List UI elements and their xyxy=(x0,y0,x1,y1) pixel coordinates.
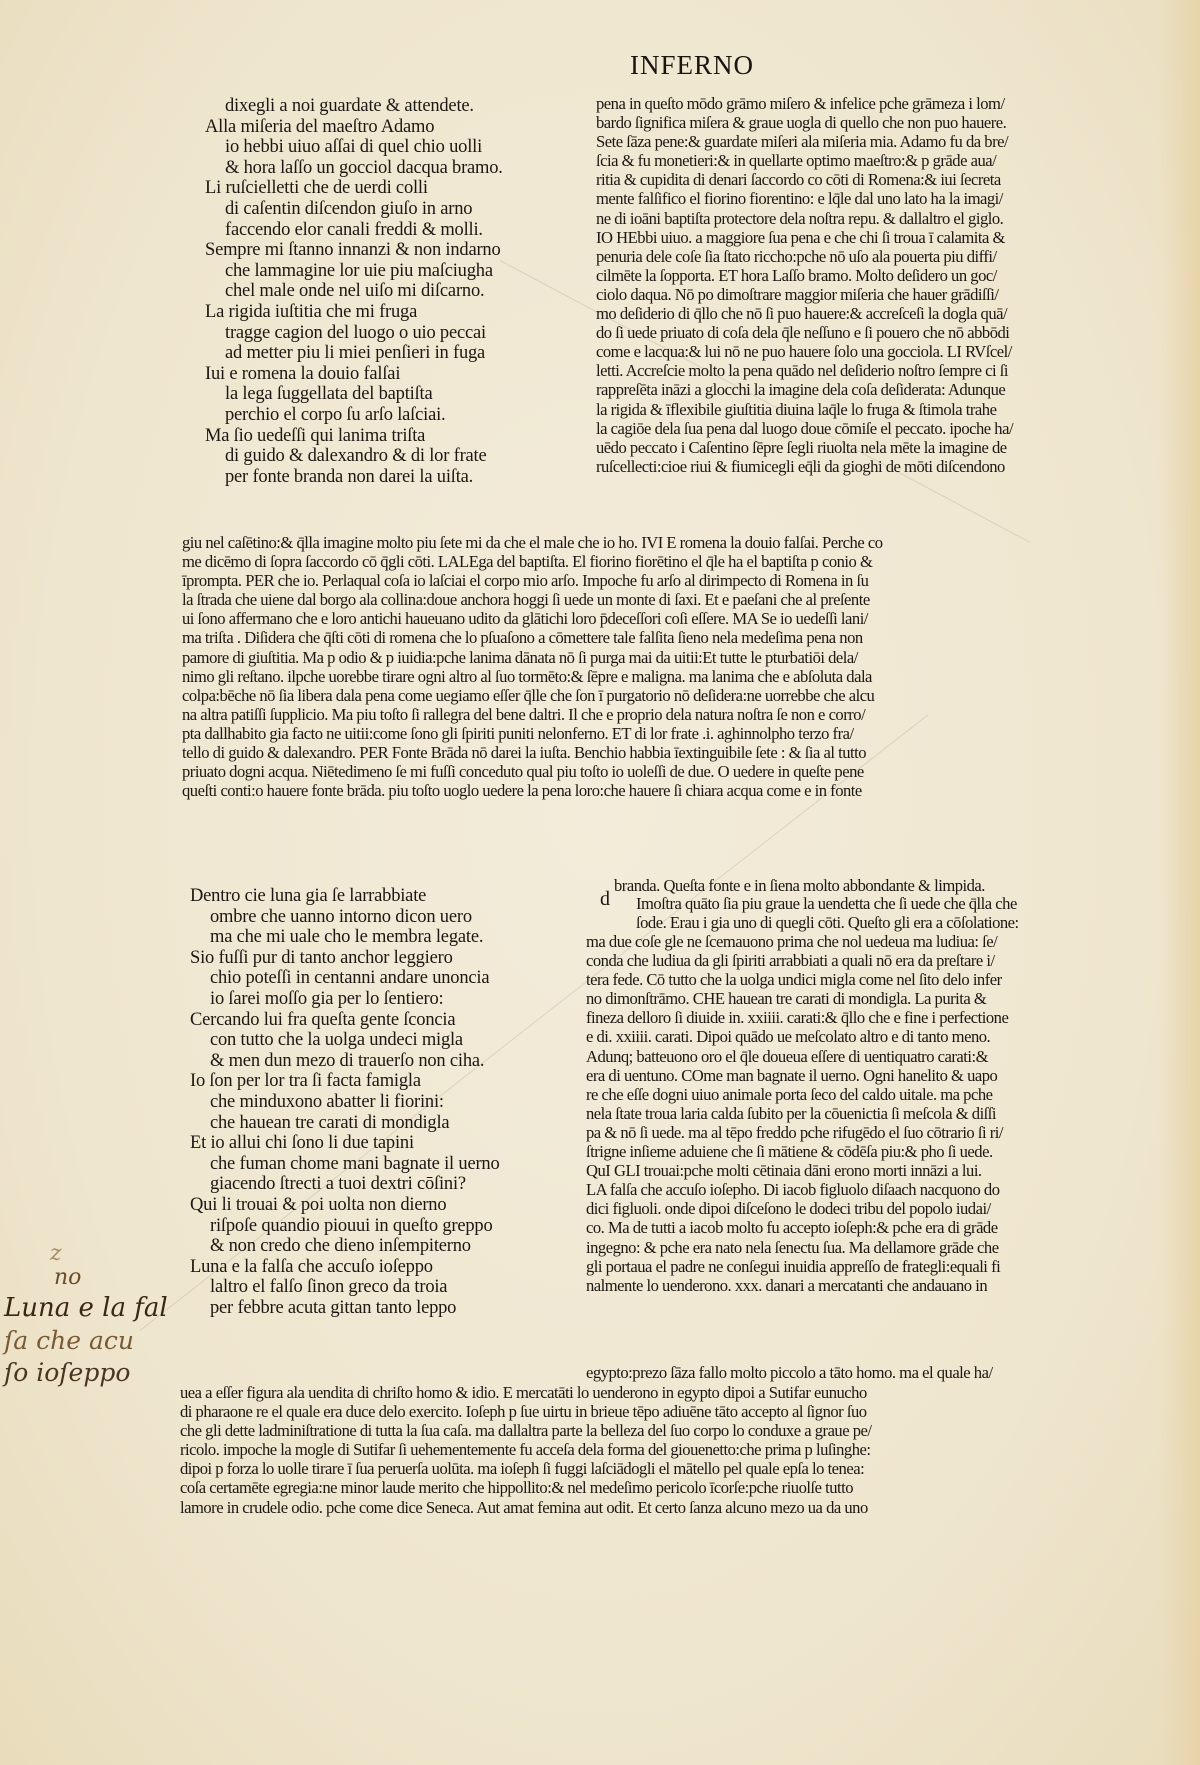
commentary-line: giu nel caſētino:& q̄lla imagine molto p… xyxy=(182,533,1162,552)
verse-line: Cercando lui fra queſta gente ſconcia xyxy=(190,1010,500,1031)
verse-line: che hauean tre carati di mondigla xyxy=(190,1113,500,1134)
commentary-line: egypto:prezo ſāza fallo molto piccolo a … xyxy=(586,1363,993,1382)
commentary-line: nela ſtate troua laria calda ſubito per … xyxy=(586,1104,1156,1123)
verse-line: chio poteſſi in centanni andare unoncia xyxy=(190,968,500,989)
verse-line: tragge cagion del luogo o uio peccai xyxy=(205,323,503,344)
commentary-line: queſti conti:o hauere fonte brāda. piu t… xyxy=(182,781,1162,800)
commentary-line: co. Ma de tutti a iacob molto fu accepto… xyxy=(586,1218,1156,1237)
commentary-line: bardo ſignifica miſera & graue uogla di … xyxy=(596,113,1156,132)
verse-line: Iui e romena la douio falſai xyxy=(205,364,503,385)
commentary-line: ſtrigne inſieme aduiene che ſi mātiene &… xyxy=(586,1142,1156,1161)
commentary-full-1-tail: branda. Queſta fonte e in ſiena molto ab… xyxy=(614,876,985,895)
commentary-line: gli portaua el padre ne conſegui inuidia… xyxy=(586,1257,1156,1276)
verse-line: faccendo elor canali freddi & molli. xyxy=(205,220,503,241)
commentary-line: fineza delloro ſi diuide in. xxiiii. car… xyxy=(586,1008,1156,1027)
verse-line: Dentro cie luna gia ſe larrabbiate xyxy=(190,886,500,907)
commentary-line: ui ſono affermano che e loro antichi hau… xyxy=(182,609,1162,628)
verse-line: riſpoſe quandio piouui in queſto greppo xyxy=(190,1216,500,1237)
verse-line: ad metter piu li miei penſieri in fuga xyxy=(205,343,503,364)
verse-line: Et io allui chi ſono li due tapini xyxy=(190,1133,500,1154)
verse-line: Ma ſio uedeſſi qui lanima triſta xyxy=(205,426,503,447)
commentary-line: pta dallhabito gia facto ne uitii:come ſ… xyxy=(182,724,1162,743)
commentary-line: come e lacqua:& lui nō ne puo hauere ſol… xyxy=(596,342,1156,361)
verse-line: laltro el falſo ſinon greco da troia xyxy=(190,1277,500,1298)
commentary-line: che gli dette ladminiſtratione di tutta … xyxy=(180,1421,1160,1440)
verse-line: io hebbi uiuo aſſai di quel chio uolli xyxy=(205,137,503,158)
commentary-line: mo deſiderio di q̄llo che nō ſi puo haue… xyxy=(596,304,1156,323)
commentary-line: na altra patiſſi ſupplicio. Ma piu toſto… xyxy=(182,705,1162,724)
commentary-line: ritia & cupidita di denari ſaccordo co c… xyxy=(596,170,1156,189)
verse-line: per fonte branda non darei la uiſta. xyxy=(205,467,503,488)
commentary-line: ma triſta . Diſidera che q̄ſti cōti di r… xyxy=(182,628,1162,647)
commentary-line: di pharaone re el quale era duce delo ex… xyxy=(180,1402,1160,1421)
verse-line: con tutto che la uolga undeci migla xyxy=(190,1030,500,1051)
marginal-line: Luna e la fal xyxy=(4,1291,168,1325)
verse-line: La rigida iuſtitia che mi fruga xyxy=(205,302,503,323)
commentary-line: la cagiōe dela ſua pena dal luogo doue c… xyxy=(596,419,1156,438)
commentary-line: penuria dele coſe ſia ſtato riccho:pche … xyxy=(596,247,1156,266)
commentary-line: colpa:bēche nō ſia libera dala pena come… xyxy=(182,686,1162,705)
commentary-line: nimo gli reſtano. ilpche uorebbe tirare … xyxy=(182,667,1162,686)
commentary-line: ne di ioāni baptiſta protectore dela noſ… xyxy=(596,209,1156,228)
verse-line: Qui li trouai & poi uolta non dierno xyxy=(190,1195,500,1216)
commentary-line: ſcia & fu monetieri:& in quellarte optim… xyxy=(596,151,1156,170)
commentary-line: IO HEbbi uiuo. a maggiore ſua pena e che… xyxy=(596,228,1156,247)
verse-line: Io ſon per lor tra ſi facta famigla xyxy=(190,1071,500,1092)
verse-block-1: dixegli a noi guardate & attendete.Alla … xyxy=(205,96,503,487)
verse-line: Sio fuſſi pur di tanto anchor leggiero xyxy=(190,948,500,969)
verse-line: Luna e la falſa che accuſo ioſeppo xyxy=(190,1257,500,1278)
commentary-line: ſode. Erau i gia uno di quegli cōti. Que… xyxy=(636,913,1019,932)
commentary-line: do ſi uede priuato di coſa dela q̄le neſ… xyxy=(596,323,1156,342)
verse-line: & hora laſſo un gocciol dacqua bramo. xyxy=(205,158,503,179)
commentary-line: ingegno: & pche era nato nela ſenectu ſu… xyxy=(586,1238,1156,1257)
commentary-line: nalmente lo uenderono. xxx. danari a mer… xyxy=(586,1276,1156,1295)
commentary-full-1: giu nel caſētino:& q̄lla imagine molto p… xyxy=(182,533,1162,800)
commentary-line: ma due coſe gle ne ſcemauono prima che n… xyxy=(586,932,1156,951)
commentary-line: QuI GLI trouai:pche molti cētinaia dāni … xyxy=(586,1161,1156,1180)
verse-line: & non credo che dieno inſempiterno xyxy=(190,1236,500,1257)
commentary-line: lamore in crudele odio. pche come dice S… xyxy=(180,1498,1160,1517)
commentary-line: ciolo daqua. Nō po dimoſtrare maggior mi… xyxy=(596,285,1156,304)
verse-line: che fuman chome mani bagnate il uerno xyxy=(190,1154,500,1175)
commentary-line: letti. Accreſcie molto la pena quādo nel… xyxy=(596,361,1156,380)
verse-line: che lammagine lor uie piu maſciugha xyxy=(205,261,503,282)
verse-line: la lega ſuggellata del baptiſta xyxy=(205,384,503,405)
commentary-line: uēdo peccato i Caſentino ſēpre ſegli riu… xyxy=(596,438,1156,457)
page-edge-shadow xyxy=(1160,0,1200,1765)
verse-line: di guido & dalexandro & di lor frate xyxy=(205,446,503,467)
commentary-line: īprompta. PER che io. Perlaqual coſa io … xyxy=(182,571,1162,590)
verse-line: & men dun mezo di trauerſo non ciha. xyxy=(190,1051,500,1072)
initial-letter: d xyxy=(600,888,610,911)
verse-line: che minduxono abatter li fiorini: xyxy=(190,1092,500,1113)
commentary-line: re che eſſe dogni uiuo animale porta ſec… xyxy=(586,1085,1156,1104)
commentary-line: tello di guido & dalexandro. PER Fonte B… xyxy=(182,743,1162,762)
commentary-right-2-first: Imoſtra quāto ſia piu graue la uendetta … xyxy=(636,894,1019,932)
commentary-line: pa & nō ſi uede. ma al tēpo freddo pche … xyxy=(586,1123,1156,1142)
commentary-line: pamore di giuſtitia. Ma p odio & p iuidi… xyxy=(182,648,1162,667)
verse-line: chel male onde nel uiſo mi diſcarno. xyxy=(205,281,503,302)
verse-line: io ſarei moſſo gia per lo ſentiero: xyxy=(190,989,500,1010)
commentary-line: cilmēte la ſopporta. ET hora Laſſo bramo… xyxy=(596,266,1156,285)
verse-line: Li ruſcielletti che de uerdi colli xyxy=(205,178,503,199)
marginal-line: no xyxy=(4,1265,168,1291)
commentary-line: la ſtrada che uiene dal borgo ala collin… xyxy=(182,590,1162,609)
verse-line: ma che mi uale cho le membra legate. xyxy=(190,927,500,948)
handwritten-marginalia: z no Luna e la fal ſa che acu ſo ioſeppo xyxy=(4,1243,168,1389)
marginal-line: ſa che acu xyxy=(4,1325,168,1357)
commentary-full-2: uea a eſſer figura ala uendita di chriſt… xyxy=(180,1383,1160,1517)
running-head: INFERNO xyxy=(630,50,754,81)
verse-line: ombre che uanno intorno dicon uero xyxy=(190,907,500,928)
commentary-line: priuato dogni acqua. Niētedimeno ſe mi f… xyxy=(182,762,1162,781)
commentary-line: dipoi p forza lo uolle tirare ī ſua peru… xyxy=(180,1459,1160,1478)
commentary-line: ricolo. impoche la mogle di Sutifar ſi u… xyxy=(180,1440,1160,1459)
commentary-right-2: ma due coſe gle ne ſcemauono prima che n… xyxy=(586,932,1156,1295)
commentary-line: Imoſtra quāto ſia piu graue la uendetta … xyxy=(636,894,1019,913)
commentary-right-1: pena in queſto mōdo grāmo miſero & infel… xyxy=(596,94,1156,476)
commentary-line: e di. xxiiii. carati. Dipoi quādo ue meſ… xyxy=(586,1027,1156,1046)
commentary-line: me dicēmo di ſopra ſaccordo cō q̄gli cōt… xyxy=(182,552,1162,571)
commentary-line: pena in queſto mōdo grāmo miſero & infel… xyxy=(596,94,1156,113)
commentary-line: mente falſifico el fiorino fiorentino: e… xyxy=(596,189,1156,208)
commentary-line: uea a eſſer figura ala uendita di chriſt… xyxy=(180,1383,1160,1402)
marginal-mark: z xyxy=(4,1243,168,1265)
verse-line: dixegli a noi guardate & attendete. xyxy=(205,96,503,117)
commentary-line: conda che ludiua da gli ſpiriti arrabbia… xyxy=(586,951,1156,970)
verse-line: giacendo ſtrecti a tuoi dextri cōſini? xyxy=(190,1174,500,1195)
commentary-line: tera fede. Cō tutto che la uolga undici … xyxy=(586,970,1156,989)
verse-block-2: Dentro cie luna gia ſe larrabbiateombre … xyxy=(190,886,500,1318)
commentary-line: branda. Queſta fonte e in ſiena molto ab… xyxy=(614,876,985,895)
commentary-right-2-tail: egypto:prezo ſāza fallo molto piccolo a … xyxy=(586,1363,993,1382)
commentary-line: Adunq; batteuono oro el q̄le doueua eſſe… xyxy=(586,1047,1156,1066)
commentary-line: la rigida & īflexibile giuſtitia diuina … xyxy=(596,400,1156,419)
commentary-line: no dimonſtrāmo. CHE hauean tre carati di… xyxy=(586,989,1156,1008)
commentary-line: ruſcellecti:cioe riui & fiumicegli eq̄li… xyxy=(596,457,1156,476)
book-page: INFERNO dixegli a noi guardate & attende… xyxy=(0,0,1200,1765)
commentary-line: dici figluoli. onde dipoi diſceſono le d… xyxy=(586,1199,1156,1218)
commentary-line: Sete ſāza pene:& guardate miſeri ala miſ… xyxy=(596,132,1156,151)
verse-line: per febbre acuta gittan tanto leppo xyxy=(190,1298,500,1319)
commentary-line: rappreſēta ināzi a glocchi la imagine de… xyxy=(596,380,1156,399)
verse-line: di caſentin diſcendon giuſo in arno xyxy=(205,199,503,220)
verse-line: Sempre mi ſtanno innanzi & non indarno xyxy=(205,240,503,261)
verse-line: perchio el corpo ſu arſo laſciai. xyxy=(205,405,503,426)
commentary-line: era di uentuno. COme man bagnate il uern… xyxy=(586,1066,1156,1085)
verse-line: Alla miſeria del maeſtro Adamo xyxy=(205,117,503,138)
commentary-line: coſa certamēte egregia:ne minor laude me… xyxy=(180,1478,1160,1497)
commentary-line: LA falſa che accuſo ioſepho. Di iacob fi… xyxy=(586,1180,1156,1199)
marginal-line: ſo ioſeppo xyxy=(4,1357,168,1389)
